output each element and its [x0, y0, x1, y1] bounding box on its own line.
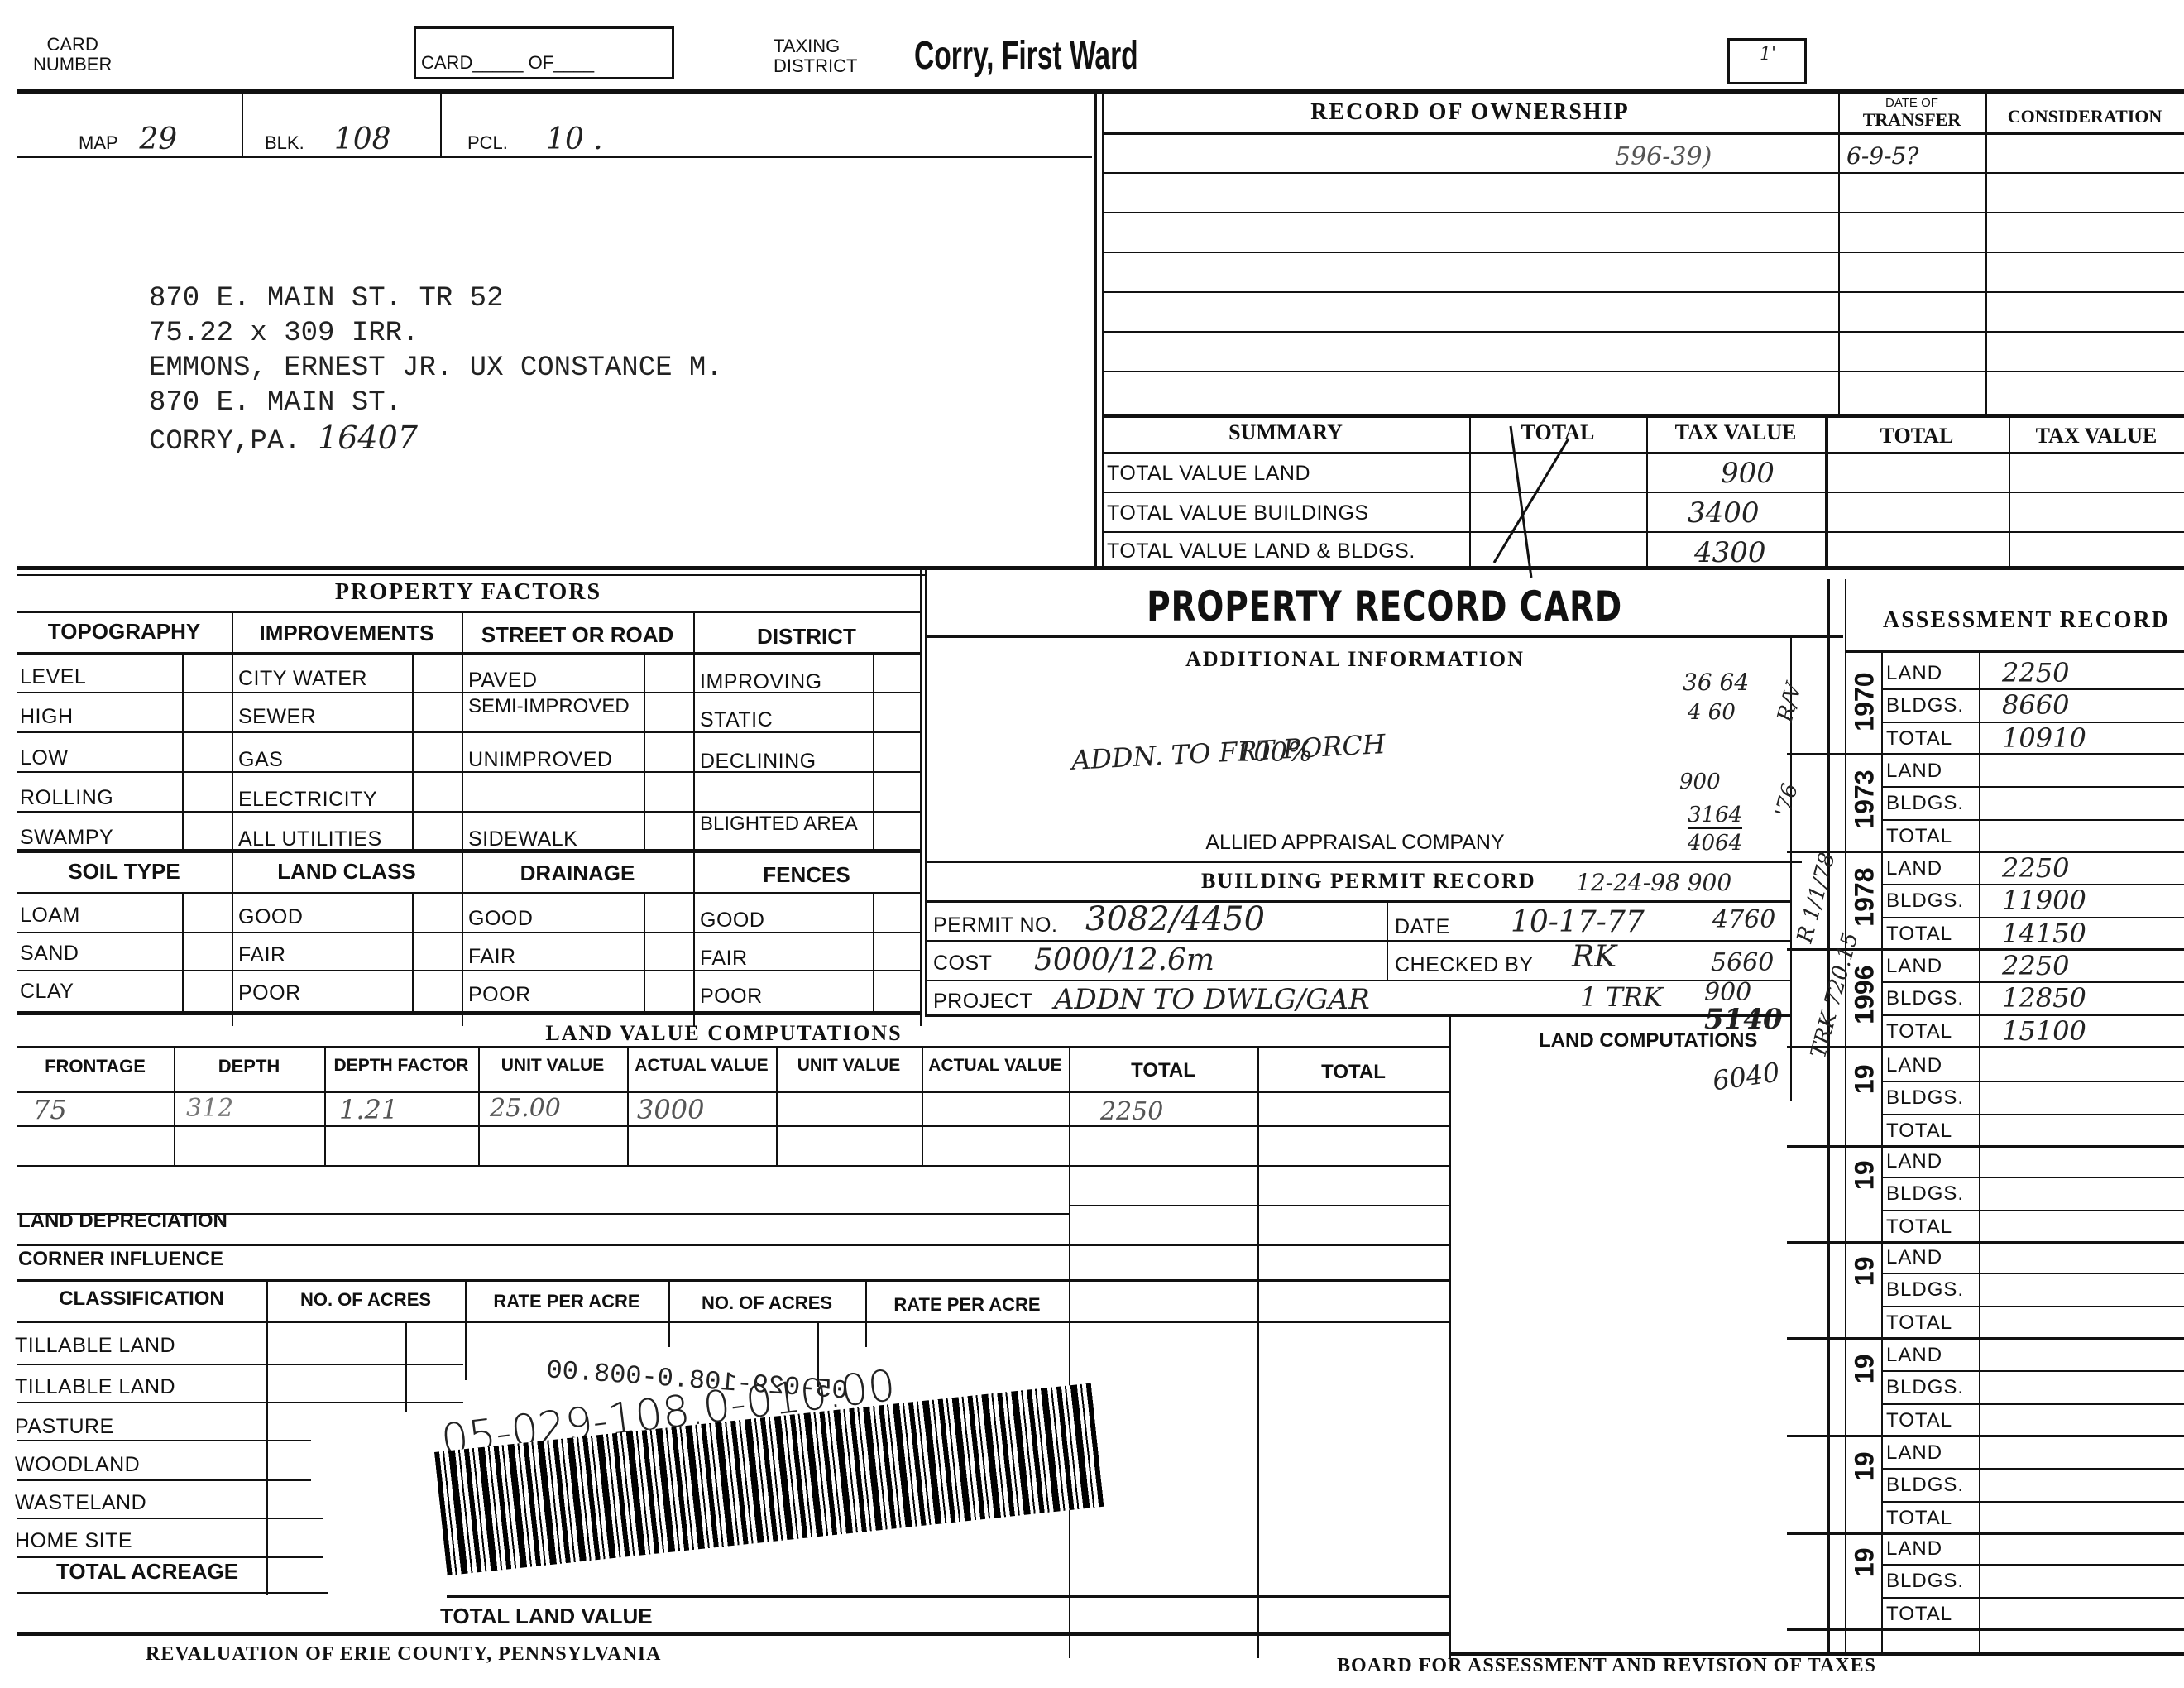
acres-header-2: NO. OF ACRES	[668, 1292, 865, 1314]
classification-row: TILLABLE LAND	[15, 1334, 175, 1358]
soil-type-header: SOIL TYPE	[17, 859, 232, 885]
assessment-total-label: TOTAL	[1886, 1603, 1952, 1626]
permit-checked-value: RK	[1572, 940, 1616, 974]
summary-land-bldgs-label: TOTAL VALUE LAND & BLDGS.	[1107, 539, 1415, 563]
land-depreciation-label: LAND DEPRECIATION	[18, 1210, 227, 1233]
acres-header: NO. OF ACRES	[266, 1289, 465, 1311]
assessment-total-label: TOTAL	[1886, 923, 1952, 946]
drainage-header: DRAINAGE	[462, 861, 693, 886]
frontage-value: 75	[33, 1094, 67, 1125]
zip-code: 16407	[318, 420, 418, 456]
total-land-value-label: TOTAL LAND VALUE	[440, 1604, 653, 1629]
fences-header: FENCES	[693, 862, 920, 888]
factor-option[interactable]: CLAY	[20, 980, 74, 1004]
permit-cost-value: 5000/12.6m	[1034, 943, 1214, 977]
assessment-land-value[interactable]: 2250	[2002, 852, 2069, 884]
ownership-row[interactable]	[1102, 333, 2184, 372]
assessment-land-value[interactable]: 2250	[2002, 657, 2069, 688]
assessment-land-label: LAND	[1886, 1246, 1942, 1269]
map-value: 29	[122, 122, 189, 158]
factor-option[interactable]: UNIMPROVED	[468, 748, 612, 772]
classification-row: WASTELAND	[15, 1491, 146, 1515]
summary-buildings-label: TOTAL VALUE BUILDINGS	[1107, 501, 1369, 525]
factor-option[interactable]: CITY WATER	[238, 667, 367, 691]
factor-option[interactable]: SEWER	[238, 705, 316, 729]
margin-calc: 900	[1679, 770, 1721, 794]
factor-option[interactable]: SEMI-IMPROVED	[468, 697, 642, 717]
col-header: ACTUAL VALUE	[627, 1056, 776, 1076]
assessment-total-value[interactable]: 15100	[2002, 1015, 2086, 1047]
permit-project-extra: 1 TRK	[1580, 981, 1663, 1013]
assessment-side-note: '76	[1770, 781, 1803, 820]
assessment-year: 19	[1850, 1548, 1880, 1614]
assessment-record-title: ASSESSMENT RECORD	[1883, 607, 2170, 634]
assessment-land-label: LAND	[1886, 1054, 1942, 1077]
additional-info-note: ADDN. TO FRT PORCH	[1070, 728, 1386, 776]
actual-value: 3000	[637, 1094, 704, 1125]
land-computations-value: 6040	[1711, 1057, 1782, 1097]
assessment-year: 1973	[1850, 770, 1880, 837]
col-header: DEPTH	[174, 1056, 324, 1077]
assessment-bldgs-label: BLDGS.	[1886, 1376, 1964, 1399]
total-value: 2250	[1100, 1097, 1163, 1126]
rate-header-2: RATE PER ACRE	[865, 1294, 1069, 1316]
assessment-total-label: TOTAL	[1886, 825, 1952, 848]
col-header: FRONTAGE	[17, 1056, 174, 1077]
date-of-header-small: DATE OF	[1838, 96, 1985, 110]
assessment-total-label: TOTAL	[1886, 1020, 1952, 1043]
mailing-address-line: 870 E. MAIN ST.	[149, 386, 723, 420]
additional-info-percent: 100%	[1237, 736, 1312, 768]
col-header: TOTAL	[1257, 1061, 1449, 1084]
assessment-land-label: LAND	[1886, 1537, 1942, 1561]
factor-option[interactable]: ELECTRICITY	[238, 788, 377, 812]
card-of-box: CARD_____ OF____	[414, 26, 674, 79]
assessment-total-label: TOTAL	[1886, 727, 1952, 750]
factor-option[interactable]: GOOD	[468, 907, 533, 931]
permit-date-label: DATE	[1395, 915, 1450, 939]
strike-through-mark	[1469, 414, 1651, 579]
street-road-header: STREET OR ROAD	[462, 622, 693, 648]
ownership-row[interactable]	[1102, 293, 2184, 333]
ownership-date-value: 6-9-5?	[1846, 142, 1918, 170]
summary-total-tax-value: 4300	[1694, 536, 1766, 569]
factor-option[interactable]: SWAMPY	[20, 826, 113, 850]
consideration-header: CONSIDERATION	[1985, 106, 2184, 127]
factor-option[interactable]: POOR	[238, 981, 301, 1005]
factor-option[interactable]: BLIGHTED AREA	[700, 814, 869, 834]
ownership-row[interactable]	[1102, 253, 2184, 293]
pcl-value: 10 .	[513, 122, 653, 158]
taxing-district-value: Corry, First Ward	[914, 33, 1138, 79]
assessment-bldgs-label: BLDGS.	[1886, 1474, 1964, 1497]
assessment-bldgs-label: BLDGS.	[1886, 1278, 1964, 1302]
district-header: DISTRICT	[693, 624, 920, 650]
factor-option[interactable]: GOOD	[700, 909, 764, 933]
assessment-year: 19	[1850, 1452, 1880, 1518]
map-field: MAP 29	[79, 122, 189, 156]
assessment-total-label: TOTAL	[1886, 1120, 1952, 1143]
permit-date-margin: 4760	[1712, 905, 1775, 934]
factor-option[interactable]: GOOD	[238, 905, 303, 929]
corner-check-mark: 1'	[1760, 44, 1776, 65]
summary-tax-value-header: TAX VALUE	[1646, 420, 1825, 445]
factor-option[interactable]: PAVED	[468, 669, 538, 693]
improvements-header: IMPROVEMENTS	[232, 621, 462, 646]
margin-calc: 3164	[1688, 803, 1742, 829]
property-factors-title: PROPERTY FACTORS	[17, 579, 920, 606]
blk-field: BLK. 108	[265, 122, 391, 156]
ownership-row[interactable]	[1102, 213, 2184, 253]
assessment-year: 19	[1850, 1257, 1880, 1323]
factor-option[interactable]: STATIC	[700, 708, 773, 732]
date-transfer-header: TRANSFER	[1838, 109, 1985, 131]
corner-influence-label: CORNER INFLUENCE	[18, 1248, 223, 1271]
assessment-year: 1996	[1850, 966, 1880, 1032]
building-permit-title-annotation: 12-24-98 900	[1576, 869, 1731, 896]
card-number-label: CARD NUMBER	[33, 35, 112, 74]
factor-option[interactable]: ROLLING	[20, 786, 113, 810]
property-dimensions-line: 75.22 x 309 IRR.	[149, 316, 723, 351]
building-permit-title: BUILDING PERMIT RECORD	[1201, 869, 1536, 894]
assessment-land-label: LAND	[1886, 662, 1942, 685]
land-computations-label: LAND COMPUTATIONS	[1539, 1029, 1757, 1053]
permit-number-value: 3082/4450	[1085, 900, 1265, 938]
factor-option[interactable]: LEVEL	[20, 665, 86, 689]
summary-total-header-2: TOTAL	[1825, 424, 2009, 448]
col-header: UNIT VALUE	[478, 1056, 627, 1076]
summary-tax-value-header-2: TAX VALUE	[2009, 424, 2184, 448]
assessment-bldgs-value[interactable]: 8660	[2002, 689, 2069, 721]
assessment-year: 19	[1850, 1065, 1880, 1131]
ownership-record-value: 596-39)	[1615, 142, 1712, 171]
factor-option[interactable]: LOAM	[20, 904, 80, 928]
pcl-label: PCL.	[467, 132, 508, 153]
factor-option[interactable]: HIGH	[20, 705, 74, 729]
factor-option[interactable]: DECLINING	[700, 750, 817, 774]
footer-right: BOARD FOR ASSESSMENT AND REVISION OF TAX…	[1337, 1655, 1876, 1677]
assessment-bldgs-label: BLDGS.	[1886, 890, 1964, 913]
unit-value: 25.00	[490, 1094, 561, 1123]
classification-row: PASTURE	[15, 1415, 114, 1439]
factor-option[interactable]: GAS	[238, 748, 283, 772]
assessment-total-label: TOTAL	[1886, 1216, 1952, 1239]
assessment-bldgs-label: BLDGS.	[1886, 1570, 1964, 1593]
permit-project-label: PROJECT	[933, 990, 1032, 1014]
assessment-total-label: TOTAL	[1886, 1312, 1952, 1335]
footer-left: REVALUATION OF ERIE COUNTY, PENNSYLVANIA	[146, 1643, 661, 1666]
assessment-land-label: LAND	[1886, 857, 1942, 880]
property-info-block: 870 E. MAIN ST. TR 52 75.22 x 309 IRR. E…	[149, 281, 723, 459]
pcl-field: PCL. 10 .	[467, 122, 653, 156]
factor-option[interactable]: IMPROVING	[700, 670, 822, 694]
col-header: ACTUAL VALUE	[922, 1056, 1069, 1076]
assessment-land-label: LAND	[1886, 1150, 1942, 1173]
appraisal-company: ALLIED APPRAISAL COMPANY	[925, 831, 1785, 855]
factor-option[interactable]: FAIR	[700, 947, 748, 971]
factor-option[interactable]: FAIR	[238, 943, 286, 967]
land-value-title: LAND VALUE COMPUTATIONS	[496, 1021, 951, 1046]
assessment-side-note: R 1/1/78	[1793, 850, 1841, 945]
assessment-year: 1970	[1850, 673, 1880, 739]
assessment-bldgs-label: BLDGS.	[1886, 1086, 1964, 1110]
property-address-line: 870 E. MAIN ST. TR 52	[149, 281, 723, 316]
total-acreage-label: TOTAL ACREAGE	[56, 1559, 238, 1585]
assessment-bldgs-label: BLDGS.	[1886, 792, 1964, 815]
classification-row: TILLABLE LAND	[15, 1375, 175, 1399]
permit-checked-margin: 5660	[1711, 948, 1774, 977]
assessment-land-label: LAND	[1886, 760, 1942, 783]
permit-checked-label: CHECKED BY	[1395, 953, 1534, 977]
classification-header: CLASSIFICATION	[17, 1288, 266, 1311]
ownership-row[interactable]	[1102, 372, 2184, 412]
assessment-total-label: TOTAL	[1886, 1507, 1952, 1530]
assessment-year: 19	[1850, 1355, 1880, 1421]
summary-land-tax-value: 900	[1721, 457, 1774, 490]
assessment-total-value[interactable]: 10910	[2002, 722, 2086, 754]
blk-value: 108	[309, 122, 391, 158]
corner-check-box: 1'	[1727, 38, 1807, 84]
col-header: TOTAL	[1069, 1059, 1257, 1082]
assessment-bldgs-label: BLDGS.	[1886, 694, 1964, 717]
assessment-total-value[interactable]: 14150	[2002, 918, 2086, 949]
assessment-year: 1978	[1850, 868, 1880, 934]
permit-cost-label: COST	[933, 952, 992, 976]
col-header: DEPTH FACTOR	[324, 1056, 478, 1076]
assessment-total-label: TOTAL	[1886, 1409, 1952, 1432]
factor-option[interactable]: SAND	[20, 942, 79, 966]
margin-calc: 36 64	[1683, 669, 1749, 696]
factor-option[interactable]: LOW	[20, 746, 68, 770]
depth-factor-value: 1.21	[339, 1094, 398, 1125]
property-record-card-title: PROPERTY RECORD CARD	[925, 583, 1845, 631]
map-label: MAP	[79, 132, 117, 153]
classification-row: WOODLAND	[15, 1453, 140, 1477]
card-of-label: CARD_____ OF____	[421, 52, 594, 74]
assessment-land-value[interactable]: 2250	[2002, 950, 2069, 981]
permit-date-value: 10-17-77	[1511, 905, 1645, 939]
assessment-land-label: LAND	[1886, 955, 1942, 978]
factor-option[interactable]: ALL UTILITIES	[238, 827, 382, 851]
assessment-side-note: R/V	[1773, 680, 1807, 724]
assessment-land-label: LAND	[1886, 1441, 1942, 1465]
assessment-bldgs-label: BLDGS.	[1886, 1182, 1964, 1206]
classification-row: HOME SITE	[15, 1529, 132, 1553]
summary-header: SUMMARY	[1102, 420, 1469, 445]
margin-calc: 4 60	[1688, 700, 1736, 725]
rate-header: RATE PER ACRE	[465, 1291, 668, 1312]
land-class-header: LAND CLASS	[232, 859, 462, 885]
depth-value: 312	[186, 1094, 233, 1123]
assessment-bldgs-value[interactable]: 11900	[2002, 885, 2086, 916]
owner-name-line: EMMONS, ERNEST JR. UX CONSTANCE M.	[149, 351, 723, 386]
ownership-row[interactable]	[1102, 174, 2184, 213]
taxing-district-label: TAXING DISTRICT	[773, 36, 857, 76]
ownership-title: RECORD OF OWNERSHIP	[1102, 99, 1838, 126]
summary-land-label: TOTAL VALUE LAND	[1107, 462, 1310, 486]
factor-option[interactable]: FAIR	[468, 945, 516, 969]
factor-option[interactable]: SIDEWALK	[468, 827, 577, 851]
summary-buildings-tax-value: 3400	[1688, 496, 1760, 530]
permit-project-value: ADDN TO DWLG/GAR	[1054, 983, 1370, 1016]
additional-info-title: ADDITIONAL INFORMATION	[925, 647, 1785, 672]
factor-option[interactable]: POOR	[700, 985, 763, 1009]
assessment-bldgs-value[interactable]: 12850	[2002, 982, 2086, 1014]
col-header: UNIT VALUE	[776, 1056, 922, 1076]
assessment-bldgs-label: BLDGS.	[1886, 987, 1964, 1010]
blk-label: BLK.	[265, 132, 304, 153]
permit-number-label: PERMIT NO.	[933, 914, 1057, 938]
factor-option[interactable]: POOR	[468, 983, 531, 1007]
mailing-city-line: CORRY,PA. 16407	[149, 420, 723, 459]
topography-header: TOPOGRAPHY	[17, 619, 232, 645]
assessment-land-label: LAND	[1886, 1344, 1942, 1367]
ownership-row[interactable]: 596-39) 6-9-5?	[1102, 134, 2184, 174]
assessment-year: 19	[1850, 1161, 1880, 1227]
